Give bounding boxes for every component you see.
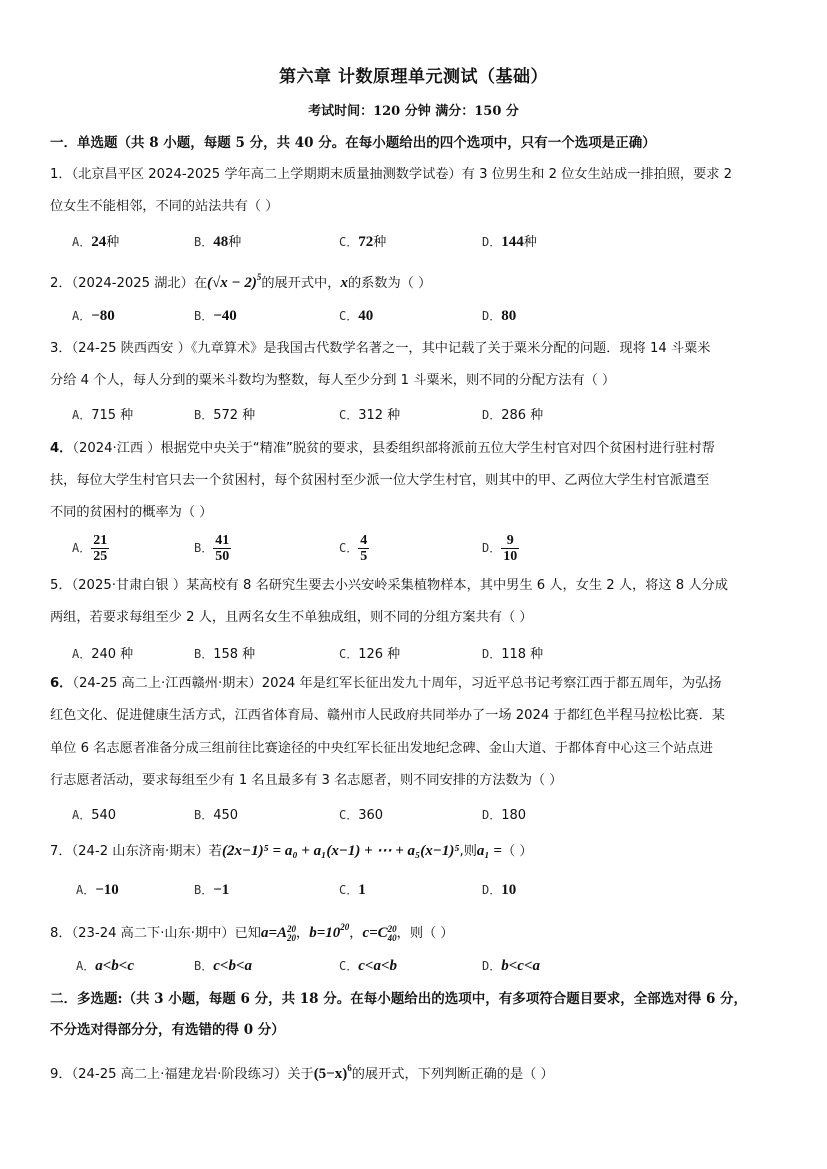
option-c[interactable]: C．126 种 (339, 643, 400, 662)
option-a[interactable]: A．−10 (76, 881, 119, 899)
formula: (2x−1)⁵ = a₀ + a₁(x−1) + ⋯ + a₅(x−1)⁵ (222, 843, 460, 859)
question-4-line-2: 扶，每位大学生村官只去一个贫困村，每个贫困村至少派一位大学生村官，则其中的甲、乙… (50, 472, 709, 490)
option-b[interactable]: B．−1 (194, 881, 229, 899)
question-source: （24-25 陕西西安 ） (72, 341, 191, 356)
section-heading-multiple-choice-line-1: 二．多选题:（共 3 小题，每题 6 分，共 18 分。在每小题给出的选项中，有… (50, 990, 747, 1008)
question-source: （24-25 高二上·江西赣州·期末） (72, 676, 261, 691)
question-number: 2． (50, 276, 72, 291)
question-text: 有 3 位男生和 2 位女生站成一排拍照，要求 2 (462, 167, 732, 182)
question-5-line-1: 5．（2025·甘肃白银 ）某高校有 8 名研究生要去小兴安岭采集植物样本，其中… (50, 577, 728, 595)
fraction: 2125 (91, 533, 109, 564)
question-number: 3． (50, 341, 72, 356)
option-c[interactable]: C．45 (339, 533, 369, 564)
option-c[interactable]: C．312 种 (339, 404, 400, 423)
question-number: 8． (50, 926, 72, 941)
formula-c: c=C2040 (362, 925, 396, 941)
question-number: 9． (50, 1067, 72, 1082)
section-heading-multiple-choice-line-2: 不分选对得部分分，有选错的得 0 分） (50, 1021, 285, 1039)
option-a[interactable]: A．−80 (72, 307, 115, 325)
option-d[interactable]: D．80 (482, 307, 516, 325)
question-7-line-1: 7．（24-2 山东济南·期末）若(2x−1)⁵ = a₀ + a₁(x−1) … (50, 842, 533, 861)
question-5-line-2: 两组，若要求每组至少 2 人，且两名女生不单独成组，则不同的分组方案共有（ ） (50, 609, 533, 627)
option-c[interactable]: C．360 (339, 806, 383, 823)
option-c[interactable]: C．c<a<b (339, 957, 397, 975)
exam-page: 第六章 计数原理单元测试（基础） 考试时间：120 分钟 满分：150 分 一．… (0, 0, 827, 1169)
question-8-line-1: 8．（23-24 高二下·山东·期中）已知a=A2020，b=1020，c=C2… (50, 918, 454, 943)
formula-a: a=A2020 (261, 925, 296, 941)
question-source: （24-2 山东济南·期末） (72, 844, 209, 859)
question-9-line-1: 9．（24-25 高二上·福建龙岩·阶段练习）关于(5−x)6的展开式，下列判断… (50, 1059, 554, 1084)
option-d[interactable]: D．b<c<a (482, 957, 540, 975)
question-source: （2024·江西 ） (72, 441, 160, 456)
option-d[interactable]: D．180 (482, 806, 526, 823)
question-6-line-3: 单位 6 名志愿者准备分成三组前往比赛途径的中央红军长征出发地纪念碑、金山大道、… (50, 740, 713, 758)
formula: (√x − 2)5 (207, 275, 261, 291)
question-source: （23-24 高二下·山东·期中） (72, 926, 235, 941)
question-source: （24-25 高二上·福建龙岩·阶段练习） (72, 1067, 288, 1082)
page-title: 第六章 计数原理单元测试（基础） (0, 62, 827, 87)
question-1-line-1: 1．（北京昌平区 2024-2025 学年高二上学期期末质量抽测数学试卷）有 3… (50, 166, 732, 184)
option-d[interactable]: D．144种 (482, 231, 537, 251)
option-a[interactable]: A．a<b<c (76, 957, 134, 975)
section-heading-single-choice: 一．单选题（共 8 小题，每题 5 分，共 40 分。在每小题给出的四个选项中，… (50, 134, 656, 152)
option-d[interactable]: D．286 种 (482, 404, 543, 423)
option-a[interactable]: A．715 种 (72, 404, 133, 423)
question-source: （2024-2025 湖北） (72, 276, 194, 291)
question-4-line-3: 不同的贫困村的概率为（ ） (50, 504, 212, 522)
option-b[interactable]: B．48种 (194, 231, 241, 251)
question-6-line-1: 6．（24-25 高二上·江西赣州·期末）2024 年是红军长征出发九十周年，习… (50, 675, 722, 693)
option-d[interactable]: D．10 (482, 881, 516, 899)
exam-info: 考试时间：120 分钟 满分：150 分 (0, 100, 827, 119)
option-a[interactable]: A．240 种 (72, 643, 133, 662)
option-b[interactable]: B．−40 (194, 307, 237, 325)
question-3-line-1: 3．（24-25 陕西西安 ）《九章算术》是我国古代数学名著之一，其中记载了关于… (50, 340, 711, 358)
question-number: 6． (50, 676, 72, 691)
question-number: 1． (50, 167, 72, 182)
fraction: 910 (501, 533, 519, 564)
fraction: 45 (358, 533, 369, 564)
question-3-line-2: 分给 4 个人，每人分到的粟米斗数均为整数，每人至少分到 1 斗粟米，则不同的分… (50, 372, 615, 390)
question-6-line-4: 行志愿者活动，要求每组至少有 1 名且最多有 3 名志愿者，则不同安排的方法数为… (50, 772, 563, 790)
question-number: 5． (50, 578, 72, 593)
fraction: 4150 (213, 533, 231, 564)
question-source: （2025·甘肃白银 ） (72, 578, 186, 593)
formula: (5−x)6 (314, 1066, 352, 1082)
option-d[interactable]: D．118 种 (482, 643, 543, 662)
option-c[interactable]: C．1 (339, 881, 366, 899)
option-b[interactable]: B．c<b<a (194, 957, 252, 975)
formula-b: b=1020 (309, 925, 349, 941)
option-a[interactable]: A．2125 (72, 533, 109, 564)
question-1-line-2: 位女生不能相邻，不同的站法共有（ ） (50, 198, 278, 216)
option-b[interactable]: B．4150 (194, 533, 231, 564)
question-number: 4． (50, 441, 72, 456)
question-number: 7． (50, 844, 72, 859)
option-b[interactable]: B．450 (194, 806, 238, 823)
question-6-line-2: 红色文化、促进健康生活方式，江西省体育局、赣州市人民政府共同举办了一场 2024… (50, 707, 725, 725)
question-4-line-1: 4．（2024·江西 ）根据党中央关于“精准”脱贫的要求，县委组织部将派前五位大… (50, 440, 715, 458)
option-b[interactable]: B．572 种 (194, 404, 255, 423)
option-a[interactable]: A．540 (72, 806, 116, 823)
option-c[interactable]: C．72种 (339, 231, 386, 251)
option-c[interactable]: C．40 (339, 307, 373, 325)
option-b[interactable]: B．158 种 (194, 643, 255, 662)
question-source: （北京昌平区 2024-2025 学年高二上学期期末质量抽测数学试卷） (72, 167, 462, 182)
question-2-line-1: 2．（2024-2025 湖北）在(√x − 2)5的展开式中，x的系数为（ ） (50, 268, 431, 293)
option-d[interactable]: D．910 (482, 533, 519, 564)
option-a[interactable]: A．24种 (72, 231, 119, 251)
